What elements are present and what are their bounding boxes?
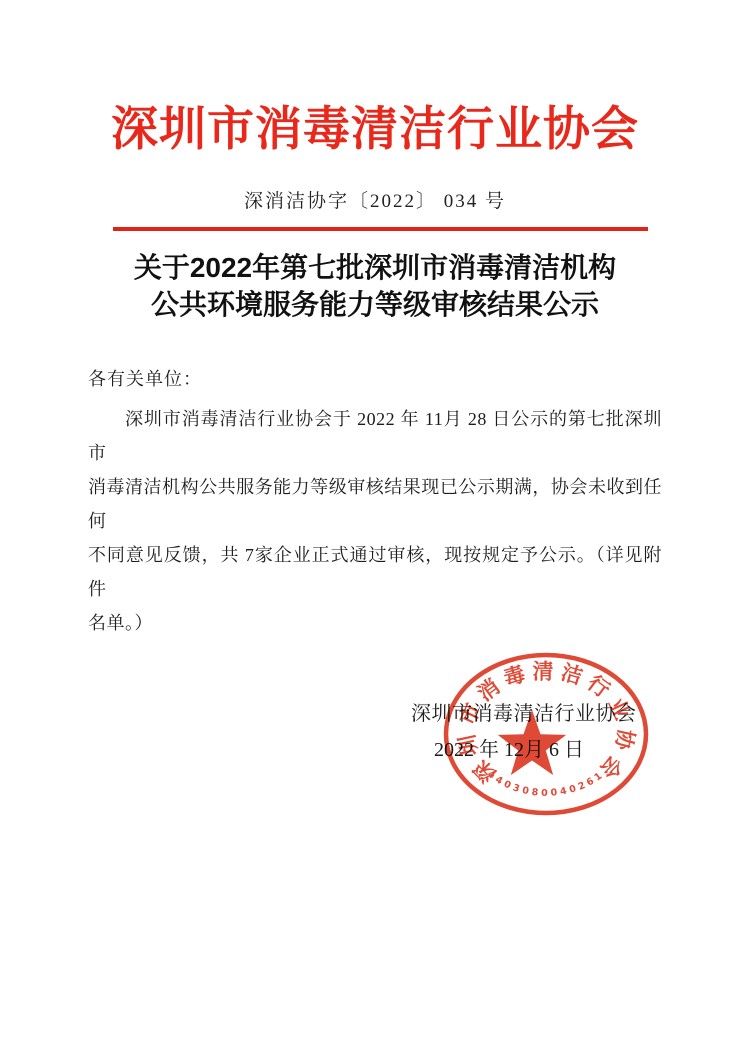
notice-title-line1: 关于2022年第七批深圳市消毒清洁机构 xyxy=(0,249,750,286)
notice-title-line2: 公共环境服务能力等级审核结果公示 xyxy=(0,286,750,323)
seal-serial-text-node: 4403080040261 xyxy=(485,769,607,799)
salutation: 各有关单位： xyxy=(88,362,662,396)
signature-date: 2022 年 12月 6 日 xyxy=(411,732,633,768)
document-page: 深圳市消毒清洁行业协会 深消洁协字〔2022〕 034 号 关于2022年第七批… xyxy=(0,0,750,1060)
body-line: 深圳市消毒清洁行业协会于 2022 年 11月 28 日公示的第七批深圳市 xyxy=(88,402,662,470)
document-number: 深消洁协字〔2022〕 034 号 xyxy=(0,186,750,213)
signature-org-name: 深圳市消毒清洁行业协会 xyxy=(411,696,633,732)
body-line: 消毒清洁机构公共服务能力等级审核结果现已公示期满，协会未收到任何 xyxy=(88,470,662,538)
body-line: 名单。） xyxy=(88,606,662,640)
body-line: 不同意见反馈，共 7家企业正式通过审核，现按规定予公示。（详见附件 xyxy=(88,538,662,606)
signature-block: 深圳市消毒清洁行业协会 2022 年 12月 6 日 xyxy=(411,696,633,768)
notice-title: 关于2022年第七批深圳市消毒清洁机构 公共环境服务能力等级审核结果公示 xyxy=(0,249,750,323)
page-title: 深圳市消毒清洁行业协会 xyxy=(0,92,750,159)
notice-body: 各有关单位： 深圳市消毒清洁行业协会于 2022 年 11月 28 日公示的第七… xyxy=(88,362,662,640)
red-divider-rule xyxy=(113,227,648,231)
seal-serial-number: 4403080040261 xyxy=(485,769,607,799)
